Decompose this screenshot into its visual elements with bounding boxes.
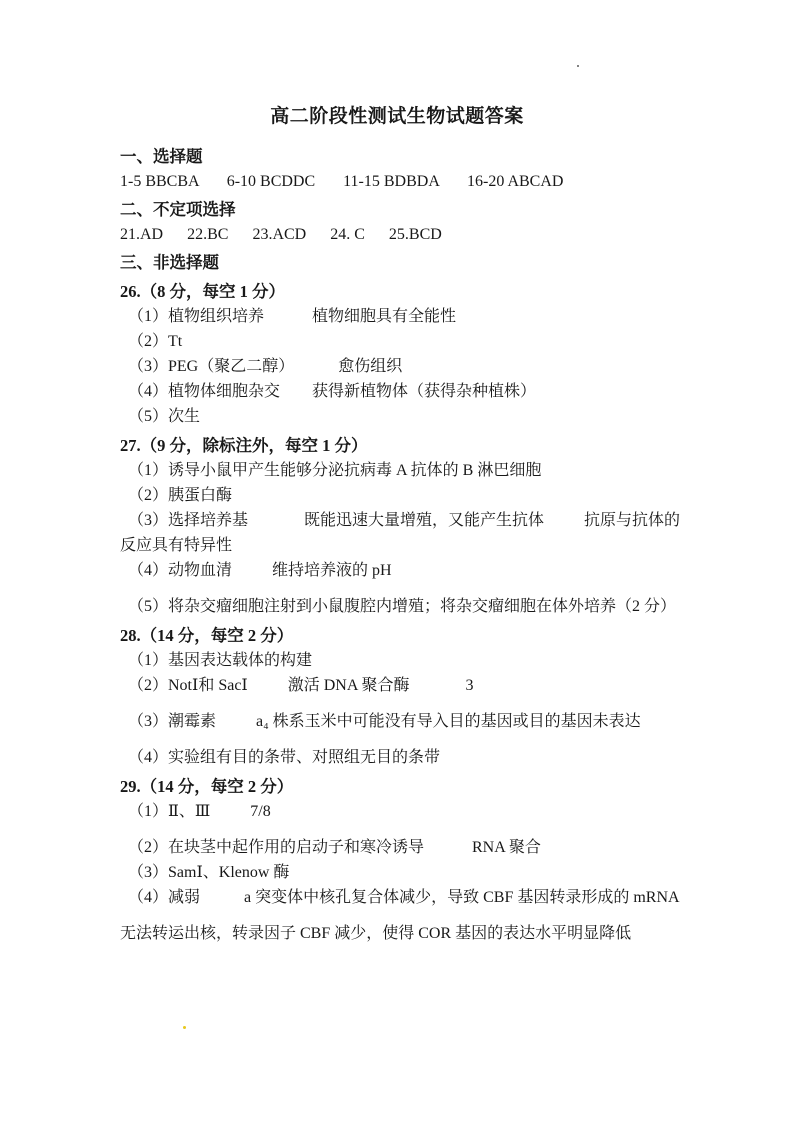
question-heading: 29.（14 分，每空 2 分） <box>120 777 744 796</box>
scan-artifact-dot <box>577 65 579 67</box>
answer-line: （5）次生 <box>120 407 744 426</box>
answer-line: （4）植物体细胞杂交 获得新植物体（获得杂种植株） <box>120 382 744 401</box>
answer-line: （4）减弱 a 突变体中核孔复合体减少，导致 CBF 基因转录形成的 mRNA <box>120 888 744 907</box>
answer-line: （3）潮霉素 a₄ 株系玉米中可能没有导入目的基因或目的基因未表达 <box>120 712 744 731</box>
section-heading: 三、非选择题 <box>120 253 744 272</box>
answer-line: （3）SamⅠ、Klenow 酶 <box>120 863 744 882</box>
choice-answers-row: 21.AD 22.BC 23.ACD 24. C 25.BCD <box>120 225 744 244</box>
choice-answers-row: 1-5 BBCBA 6-10 BCDDC 11-15 BDBDA 16-20 A… <box>120 172 744 191</box>
answer-line: （1）Ⅱ、Ⅲ 7/8 <box>120 802 744 821</box>
answer-line: （2）胰蛋白酶 <box>120 486 744 505</box>
question-heading: 27.（9 分，除标注外，每空 1 分） <box>120 436 744 455</box>
answer-line: （3）选择培养基 既能迅速大量增殖，又能产生抗体 抗原与抗体的 <box>120 511 744 530</box>
answer-line: （2）在块茎中起作用的启动子和寒冷诱导 RNA 聚合 <box>120 838 744 857</box>
answer-line: （4）实验组有目的条带、对照组无目的条带 <box>120 748 744 767</box>
answers-body: 一、选择题1-5 BBCBA 6-10 BCDDC 11-15 BDBDA 16… <box>120 138 744 943</box>
continuation-line: 反应具有特异性 <box>120 536 744 555</box>
answer-line: （1）植物组织培养 植物细胞具有全能性 <box>120 307 744 326</box>
section-heading: 一、选择题 <box>120 147 744 166</box>
answer-line: （1）诱导小鼠甲产生能够分泌抗病毒 A 抗体的 B 淋巴细胞 <box>120 461 744 480</box>
continuation-line: 无法转运出核，转录因子 CBF 减少，使得 COR 基因的表达水平明显降低 <box>120 924 744 943</box>
question-heading: 26.（8 分，每空 1 分） <box>120 282 744 301</box>
answer-line: （4）动物血清 维持培养液的 pH <box>120 561 744 580</box>
scan-artifact-dot <box>183 1026 186 1029</box>
question-heading: 28.（14 分，每空 2 分） <box>120 626 744 645</box>
answer-line: （3）PEG（聚乙二醇） 愈伤组织 <box>120 357 744 376</box>
answer-line: （2）Tt <box>120 332 744 351</box>
document-page: 高二阶段性测试生物试题答案 一、选择题1-5 BBCBA 6-10 BCDDC … <box>0 0 794 1122</box>
answer-line: （1）基因表达载体的构建 <box>120 651 744 670</box>
answer-line: （2）NotⅠ和 SacⅠ 激活 DNA 聚合酶 3 <box>120 676 744 695</box>
section-heading: 二、不定项选择 <box>120 200 744 219</box>
answer-line: （5）将杂交瘤细胞注射到小鼠腹腔内增殖；将杂交瘤细胞在体外培养（2 分） <box>120 597 744 616</box>
page-title: 高二阶段性测试生物试题答案 <box>0 101 794 128</box>
